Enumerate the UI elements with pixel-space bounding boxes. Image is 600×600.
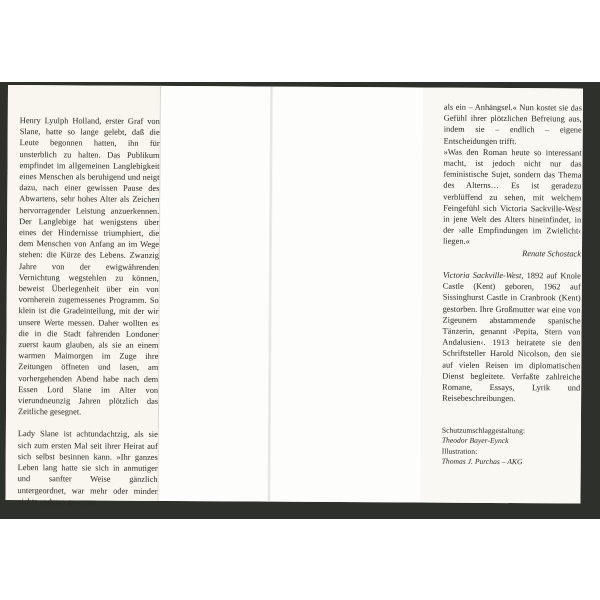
book-dust-jacket: Henry Lyulph Holland, erster Graf von Sl… [5, 85, 583, 504]
cover-designer: Theodor Bayer-Eynck [442, 436, 580, 447]
left-flap-text: Henry Lyulph Holland, erster Graf von Sl… [17, 115, 159, 508]
synopsis-paragraph-2: Lady Slane ist achtundachtzig, als sie s… [17, 429, 157, 508]
right-flap-text: als ein – Anhängsel.« Nun kostet sie das… [443, 102, 582, 260]
synopsis-continuation: als ein – Anhängsel.« Nun kostet sie das… [444, 102, 582, 148]
synopsis-paragraph-1: Henry Lyulph Holland, erster Graf von Sl… [18, 115, 160, 418]
back-cover-panel [158, 86, 423, 503]
review-author: Renate Schostack [443, 247, 581, 259]
author-name: Victoria Sackville-West, [443, 271, 524, 280]
author-bio: Victoria Sackville-West, 1892 auf Knole … [442, 270, 581, 405]
credits: Schutzumschlaggestaltung: Theodor Bayer-… [442, 426, 580, 468]
illustrator: Thomas J. Purchas – AKG [442, 457, 580, 468]
author-bio-text: 1892 auf Knole Castle (Kent) geboren, 19… [442, 271, 581, 403]
review-quote: »Was den Roman heute so interessant mach… [443, 146, 582, 248]
